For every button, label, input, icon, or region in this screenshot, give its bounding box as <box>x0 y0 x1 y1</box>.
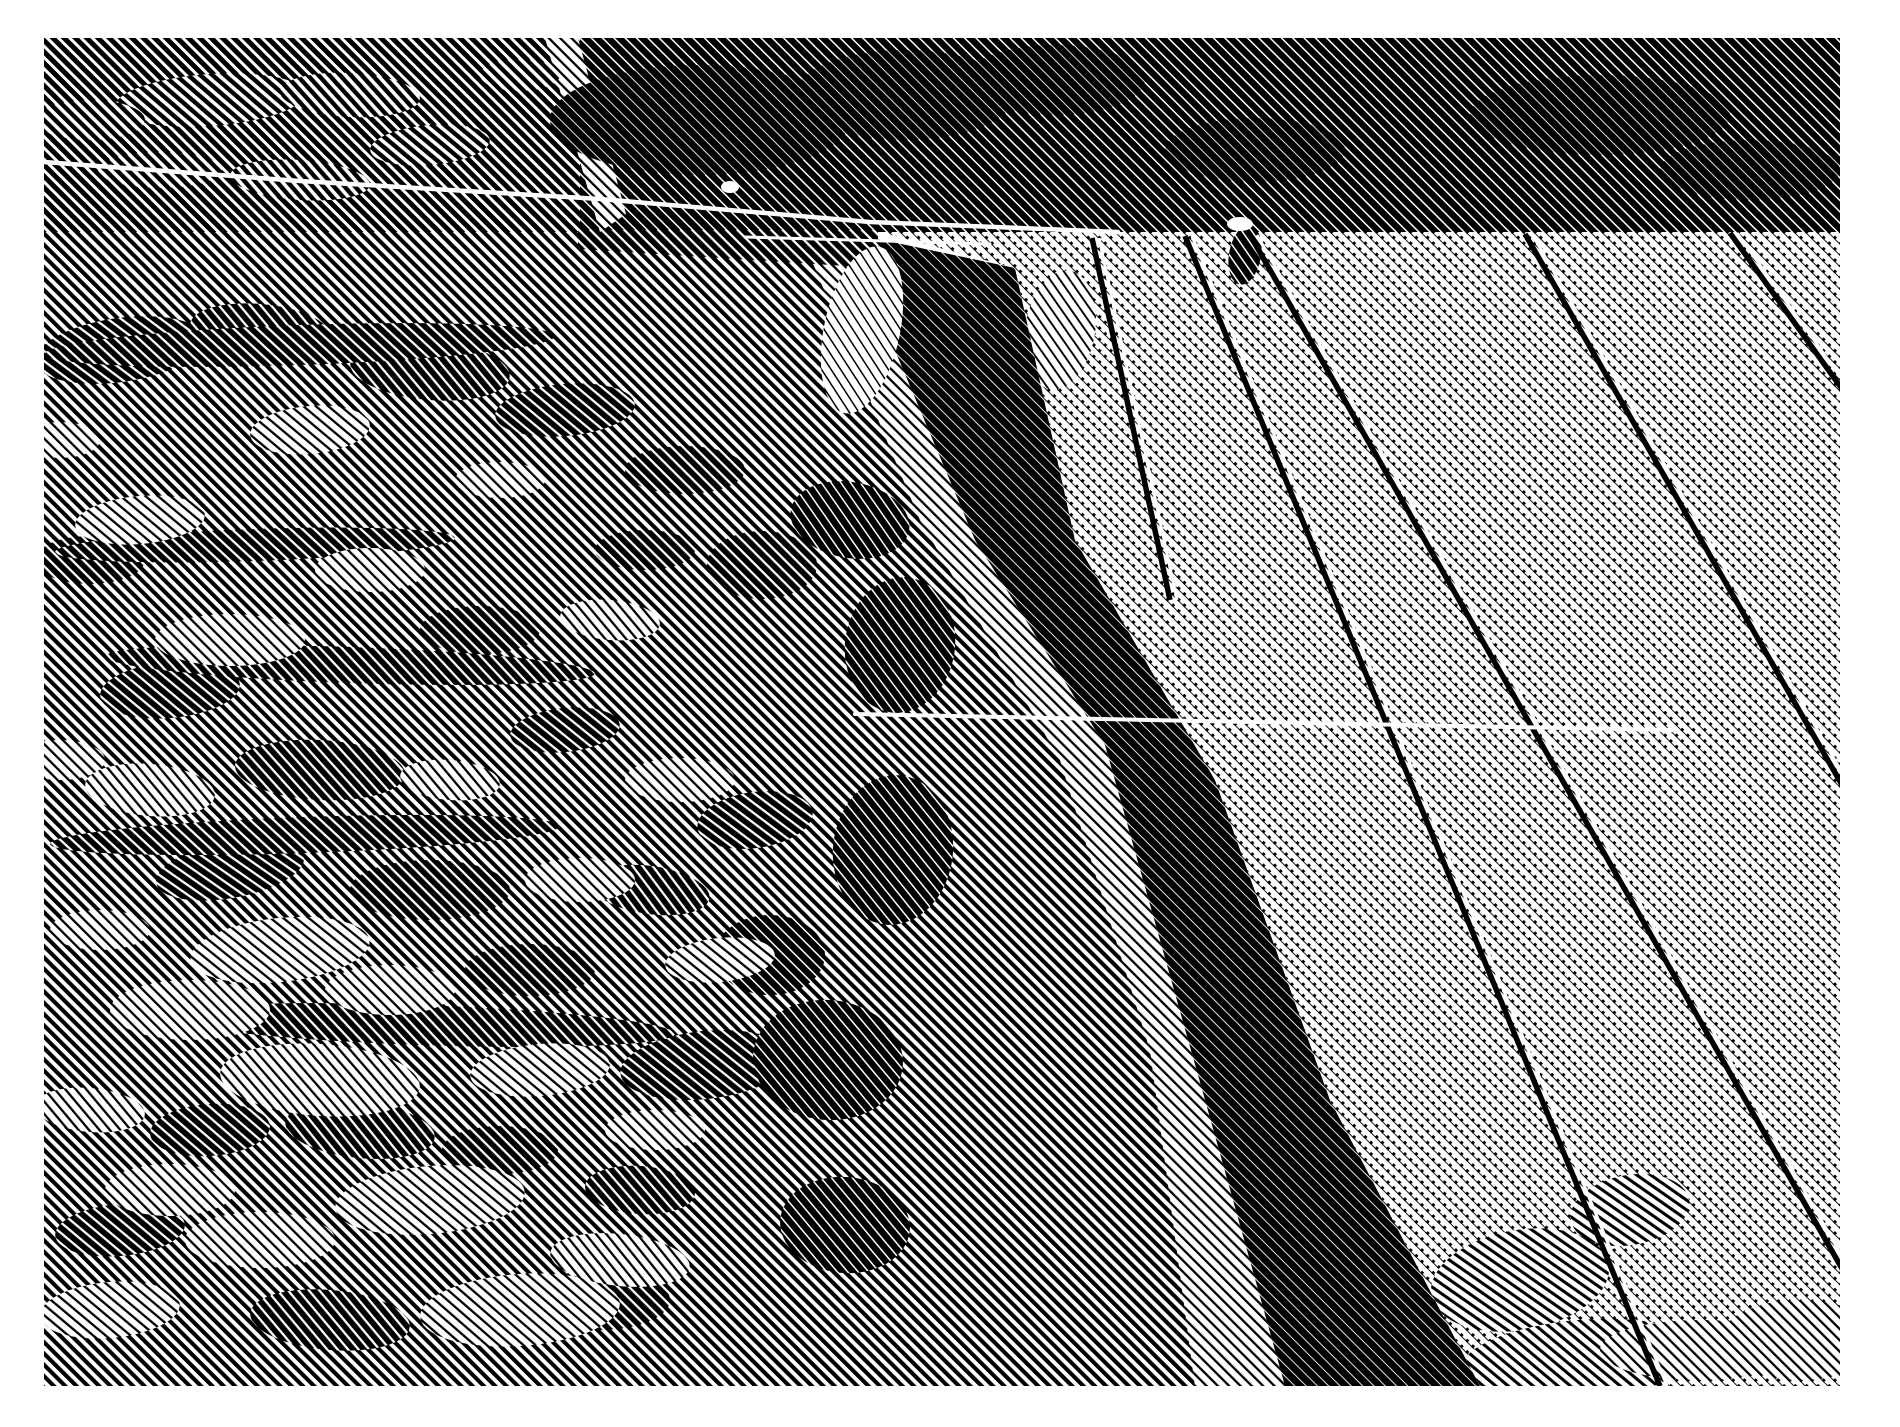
texture-blob <box>50 910 150 950</box>
texture-blob <box>455 462 545 498</box>
texture-blob <box>185 1212 335 1268</box>
texture-blob <box>325 965 455 1015</box>
texture-blob <box>155 614 305 666</box>
texture-blob <box>965 45 1145 115</box>
texture-blob <box>721 181 739 193</box>
texture-blob <box>110 980 270 1040</box>
texture-blob <box>420 606 540 654</box>
texture-blob <box>1165 118 1345 182</box>
texture-blob <box>595 530 695 570</box>
halftone-photograph <box>0 0 1900 1427</box>
texture-blob <box>625 758 735 802</box>
texture-blob <box>35 100 145 140</box>
texture-blob <box>480 59 560 91</box>
texture-blob <box>707 531 817 599</box>
texture-blob <box>625 446 745 494</box>
texture-blob <box>525 858 635 902</box>
halftone-photo-svg <box>0 0 1900 1427</box>
texture-blob <box>105 1164 235 1216</box>
texture-blob <box>1660 140 1840 200</box>
texture-blob <box>350 860 510 920</box>
scanned-page <box>0 0 1900 1427</box>
texture-blob <box>605 1110 705 1150</box>
texture-blob <box>465 944 595 996</box>
texture-blob <box>1227 217 1253 231</box>
texture-blob <box>315 548 425 592</box>
texture-blob <box>1470 75 1730 155</box>
